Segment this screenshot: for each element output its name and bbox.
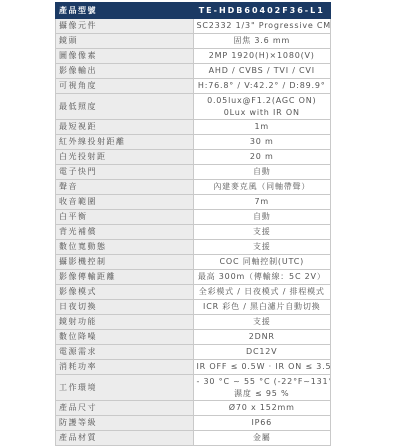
table-row: 攝影機控制COC 同軸控制(UTC): [56, 255, 331, 270]
spec-value: 0.05lux@F1.2(AGC ON)0Lux with IR ON: [193, 94, 331, 120]
spec-label: 聲音: [56, 180, 194, 195]
table-row: 鏡頭固焦 3.6 mm: [56, 34, 331, 49]
table-row: 圖像像素2MP 1920(H)×1080(V): [56, 49, 331, 64]
table-row: 工作環境- 30 °C ~ 55 °C (-22°F~131°F)濕度 ≤ 95…: [56, 375, 331, 401]
spec-value: COC 同軸控制(UTC): [193, 255, 331, 270]
table-row: 日夜切換ICR 彩色 / 黑白濾片自動切換: [56, 300, 331, 315]
table-row: 電源需求DC12V: [56, 345, 331, 360]
spec-value: 2MP 1920(H)×1080(V): [193, 49, 331, 64]
spec-label: 攝像元件: [56, 19, 194, 34]
spec-value: 內建麥克風（同軸帶聲）: [193, 180, 331, 195]
table-row: 影像模式全彩模式 / 日夜模式 / 排程模式: [56, 285, 331, 300]
spec-value-line: 0.05lux@F1.2(AGC ON): [197, 95, 328, 107]
spec-label: 背光補償: [56, 225, 194, 240]
table-row: 產品尺寸Ø70 x 152mm: [56, 401, 331, 416]
spec-value: 7m: [193, 195, 331, 210]
spec-label: 工作環境: [56, 375, 194, 401]
table-row: 攝像元件SC2332 1/3" Progressive CMOS: [56, 19, 331, 34]
spec-label: 電源需求: [56, 345, 194, 360]
spec-value-line: 0Lux with IR ON: [197, 107, 328, 119]
table-row: 影像輸出AHD / CVBS / TVI / CVI: [56, 64, 331, 79]
table-row: 最低照度0.05lux@F1.2(AGC ON)0Lux with IR ON: [56, 94, 331, 120]
spec-label: 最低照度: [56, 94, 194, 120]
table-row: 收音範圍7m: [56, 195, 331, 210]
spec-value: 金屬: [193, 431, 331, 446]
spec-table-container: 產品型號 TE-HDB60402F36-L1 攝像元件SC2332 1/3" P…: [55, 2, 331, 446]
spec-value: Ø70 x 152mm: [193, 401, 331, 416]
table-row: 電子快門自動: [56, 165, 331, 180]
table-row: 數位寬動態支援: [56, 240, 331, 255]
spec-value: H:76.8° / V:42.2° / D:89.9°: [193, 79, 331, 94]
table-row: 數位降噪2DNR: [56, 330, 331, 345]
spec-label: 防護等級: [56, 416, 194, 431]
spec-label: 電子快門: [56, 165, 194, 180]
spec-table: 產品型號 TE-HDB60402F36-L1 攝像元件SC2332 1/3" P…: [55, 2, 331, 446]
spec-value: 全彩模式 / 日夜模式 / 排程模式: [193, 285, 331, 300]
spec-label: 攝影機控制: [56, 255, 194, 270]
table-row: 白光投射距20 m: [56, 150, 331, 165]
spec-value: IP66: [193, 416, 331, 431]
product-model-label: 產品型號: [56, 3, 194, 19]
spec-value: 支援: [193, 225, 331, 240]
spec-value: 20 m: [193, 150, 331, 165]
spec-value: 固焦 3.6 mm: [193, 34, 331, 49]
spec-value: 支援: [193, 315, 331, 330]
table-row: 背光補償支援: [56, 225, 331, 240]
spec-label: 影像傳輸距離: [56, 270, 194, 285]
spec-label: 數位降噪: [56, 330, 194, 345]
table-row: 最短視距1m: [56, 120, 331, 135]
spec-value: AHD / CVBS / TVI / CVI: [193, 64, 331, 79]
table-row: 可視角度H:76.8° / V:42.2° / D:89.9°: [56, 79, 331, 94]
spec-label: 紅外線投射距離: [56, 135, 194, 150]
table-row: 鏡射功能支援: [56, 315, 331, 330]
product-model-value: TE-HDB60402F36-L1: [193, 3, 331, 19]
table-row: 消耗功率IR OFF ≤ 0.5W · IR ON ≤ 3.5W: [56, 360, 331, 375]
spec-label: 產品材質: [56, 431, 194, 446]
spec-value-line: - 30 °C ~ 55 °C (-22°F~131°F): [197, 376, 328, 388]
spec-value: ICR 彩色 / 黑白濾片自動切換: [193, 300, 331, 315]
spec-label: 數位寬動態: [56, 240, 194, 255]
spec-label: 影像模式: [56, 285, 194, 300]
spec-label: 鏡頭: [56, 34, 194, 49]
spec-value-line: 濕度 ≤ 95 %: [197, 388, 328, 400]
spec-value: 1m: [193, 120, 331, 135]
spec-value: 自動: [193, 210, 331, 225]
spec-label: 影像輸出: [56, 64, 194, 79]
spec-value: 30 m: [193, 135, 331, 150]
spec-value: SC2332 1/3" Progressive CMOS: [193, 19, 331, 34]
page: { "colors": { "header_bg": "#1b3a64", "h…: [0, 0, 410, 410]
spec-label: 白光投射距: [56, 150, 194, 165]
spec-value: 支援: [193, 240, 331, 255]
table-row: 防護等級IP66: [56, 416, 331, 431]
spec-table-body: 產品型號 TE-HDB60402F36-L1 攝像元件SC2332 1/3" P…: [56, 3, 331, 446]
spec-label: 圖像像素: [56, 49, 194, 64]
spec-value: 最高 300m（傳輸線：5C 2V）: [193, 270, 331, 285]
spec-value: 2DNR: [193, 330, 331, 345]
table-row: 影像傳輸距離最高 300m（傳輸線：5C 2V）: [56, 270, 331, 285]
table-row: 聲音內建麥克風（同軸帶聲）: [56, 180, 331, 195]
spec-value: 自動: [193, 165, 331, 180]
spec-value: - 30 °C ~ 55 °C (-22°F~131°F)濕度 ≤ 95 %: [193, 375, 331, 401]
spec-label: 最短視距: [56, 120, 194, 135]
table-row: 產品材質金屬: [56, 431, 331, 446]
spec-value: DC12V: [193, 345, 331, 360]
spec-value: IR OFF ≤ 0.5W · IR ON ≤ 3.5W: [193, 360, 331, 375]
spec-label: 白平衡: [56, 210, 194, 225]
spec-label: 消耗功率: [56, 360, 194, 375]
table-row: 紅外線投射距離30 m: [56, 135, 331, 150]
spec-label: 日夜切換: [56, 300, 194, 315]
spec-label: 可視角度: [56, 79, 194, 94]
table-row: 白平衡自動: [56, 210, 331, 225]
spec-label: 收音範圍: [56, 195, 194, 210]
spec-label: 產品尺寸: [56, 401, 194, 416]
spec-label: 鏡射功能: [56, 315, 194, 330]
header-row: 產品型號 TE-HDB60402F36-L1: [56, 3, 331, 19]
